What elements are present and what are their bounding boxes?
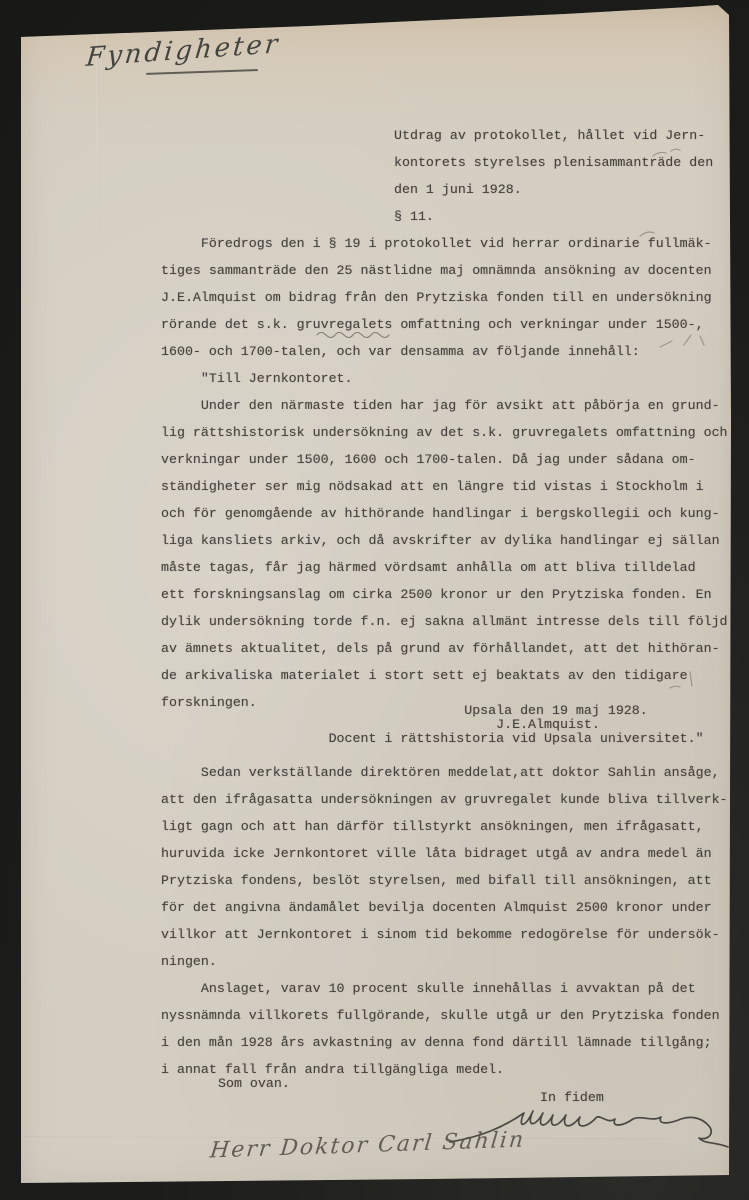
text-line: ligt gagn och att han därför tillstyrkt …: [161, 813, 728, 840]
annotation-underline: [146, 69, 258, 75]
text-line: Föredrogs den i § 19 i protokollet vid h…: [161, 230, 728, 257]
text-line: den 1 juni 1928.: [394, 176, 713, 203]
text-line: Prytziska fondens, beslöt styrelsen, med…: [161, 867, 728, 894]
text-line: ständigheter ser mig nödsakad att en län…: [161, 473, 728, 500]
letter-signoff: Upsala den 19 maj 1928. J.E.Almquist. Do…: [161, 704, 704, 746]
text-line: Upsala den 19 maj 1928.: [161, 704, 704, 718]
text-line: Utdrag av protokollet, hållet vid Jern-: [394, 122, 713, 149]
paper-sheet: Fyndigheter Utdrag av protokollet, hålle…: [0, 0, 749, 1200]
text-line: nyssnämnda villkorets fullgörande, skull…: [161, 1002, 728, 1029]
text-line: J.E.Almquist.: [161, 718, 704, 732]
protocol-header: Utdrag av protokollet, hållet vid Jern-k…: [394, 122, 713, 230]
text-line: i den mån 1928 års avkastning av denna f…: [161, 1029, 728, 1056]
text-line: ett forskningsanslag om cirka 2500 krono…: [161, 581, 728, 608]
text-line: huruvida icke Jernkontoret ville låta bi…: [161, 840, 728, 867]
text-line: ningen.: [161, 948, 728, 975]
text-line: Under den närmaste tiden har jag för avs…: [161, 392, 728, 419]
text-line: verkningar under 1500, 1600 och 1700-tal…: [161, 446, 728, 473]
wavy-underline-gruvregalets: [315, 329, 393, 339]
scan-page: Fyndigheter Utdrag av protokollet, hålle…: [0, 0, 749, 1200]
text-line: villkor att Jernkontoret i sinom tid bek…: [161, 921, 728, 948]
som-ovan-line: Som ovan.: [218, 1076, 290, 1091]
text-line: de arkivaliska materialet i stort sett e…: [161, 662, 728, 689]
paragraph-application: Föredrogs den i § 19 i protokollet vid h…: [161, 230, 728, 716]
text-line: av ämnets aktualitet, dels på grund av f…: [161, 635, 728, 662]
text-line: lig rättshistorisk undersökning av det s…: [161, 419, 728, 446]
text-line: § 11.: [394, 203, 713, 230]
text-line: Docent i rättshistoria vid Upsala univer…: [161, 732, 704, 746]
text-line: Anslaget, varav 10 procent skulle innehå…: [161, 975, 728, 1002]
text-line: att den ifrågasatta undersökningen av gr…: [161, 786, 728, 813]
text-line: tiges sammanträde den 25 nästlidne maj o…: [161, 257, 728, 284]
handwritten-keyword: Fyndigheter: [85, 29, 282, 73]
text-line: liga kansliets arkiv, och då avskrifter …: [161, 527, 728, 554]
paragraph-decision: Sedan verkställande direktören meddelat,…: [161, 759, 728, 1083]
text-line: rörande det s.k. gruvregalets omfattning…: [161, 311, 728, 338]
text-line: Sedan verkställande direktören meddelat,…: [161, 759, 728, 786]
text-line: för det angivna ändamålet bevilja docent…: [161, 894, 728, 921]
text-line: 1600- och 1700-talen, och var densamma a…: [161, 338, 728, 365]
text-line: "Till Jernkontoret.: [161, 365, 728, 392]
text-line: och för genomgående av hithörande handli…: [161, 500, 728, 527]
text-line: kontorets styrelses plenisammanträde den: [394, 149, 713, 176]
recipient-note: Herr Doktor Carl Sahlin: [209, 1127, 527, 1163]
text-line: J.E.Almquist om bidrag från den Prytzisk…: [161, 284, 728, 311]
scan-background: { "document": { "annotation_top": "Fyndi…: [0, 0, 749, 1200]
text-line: måste tagas, får jag härmed vördsamt anh…: [161, 554, 728, 581]
paper-crease-vertical: [96, 34, 97, 334]
text-line: dylik undersökning torde f.n. ej sakna a…: [161, 608, 728, 635]
